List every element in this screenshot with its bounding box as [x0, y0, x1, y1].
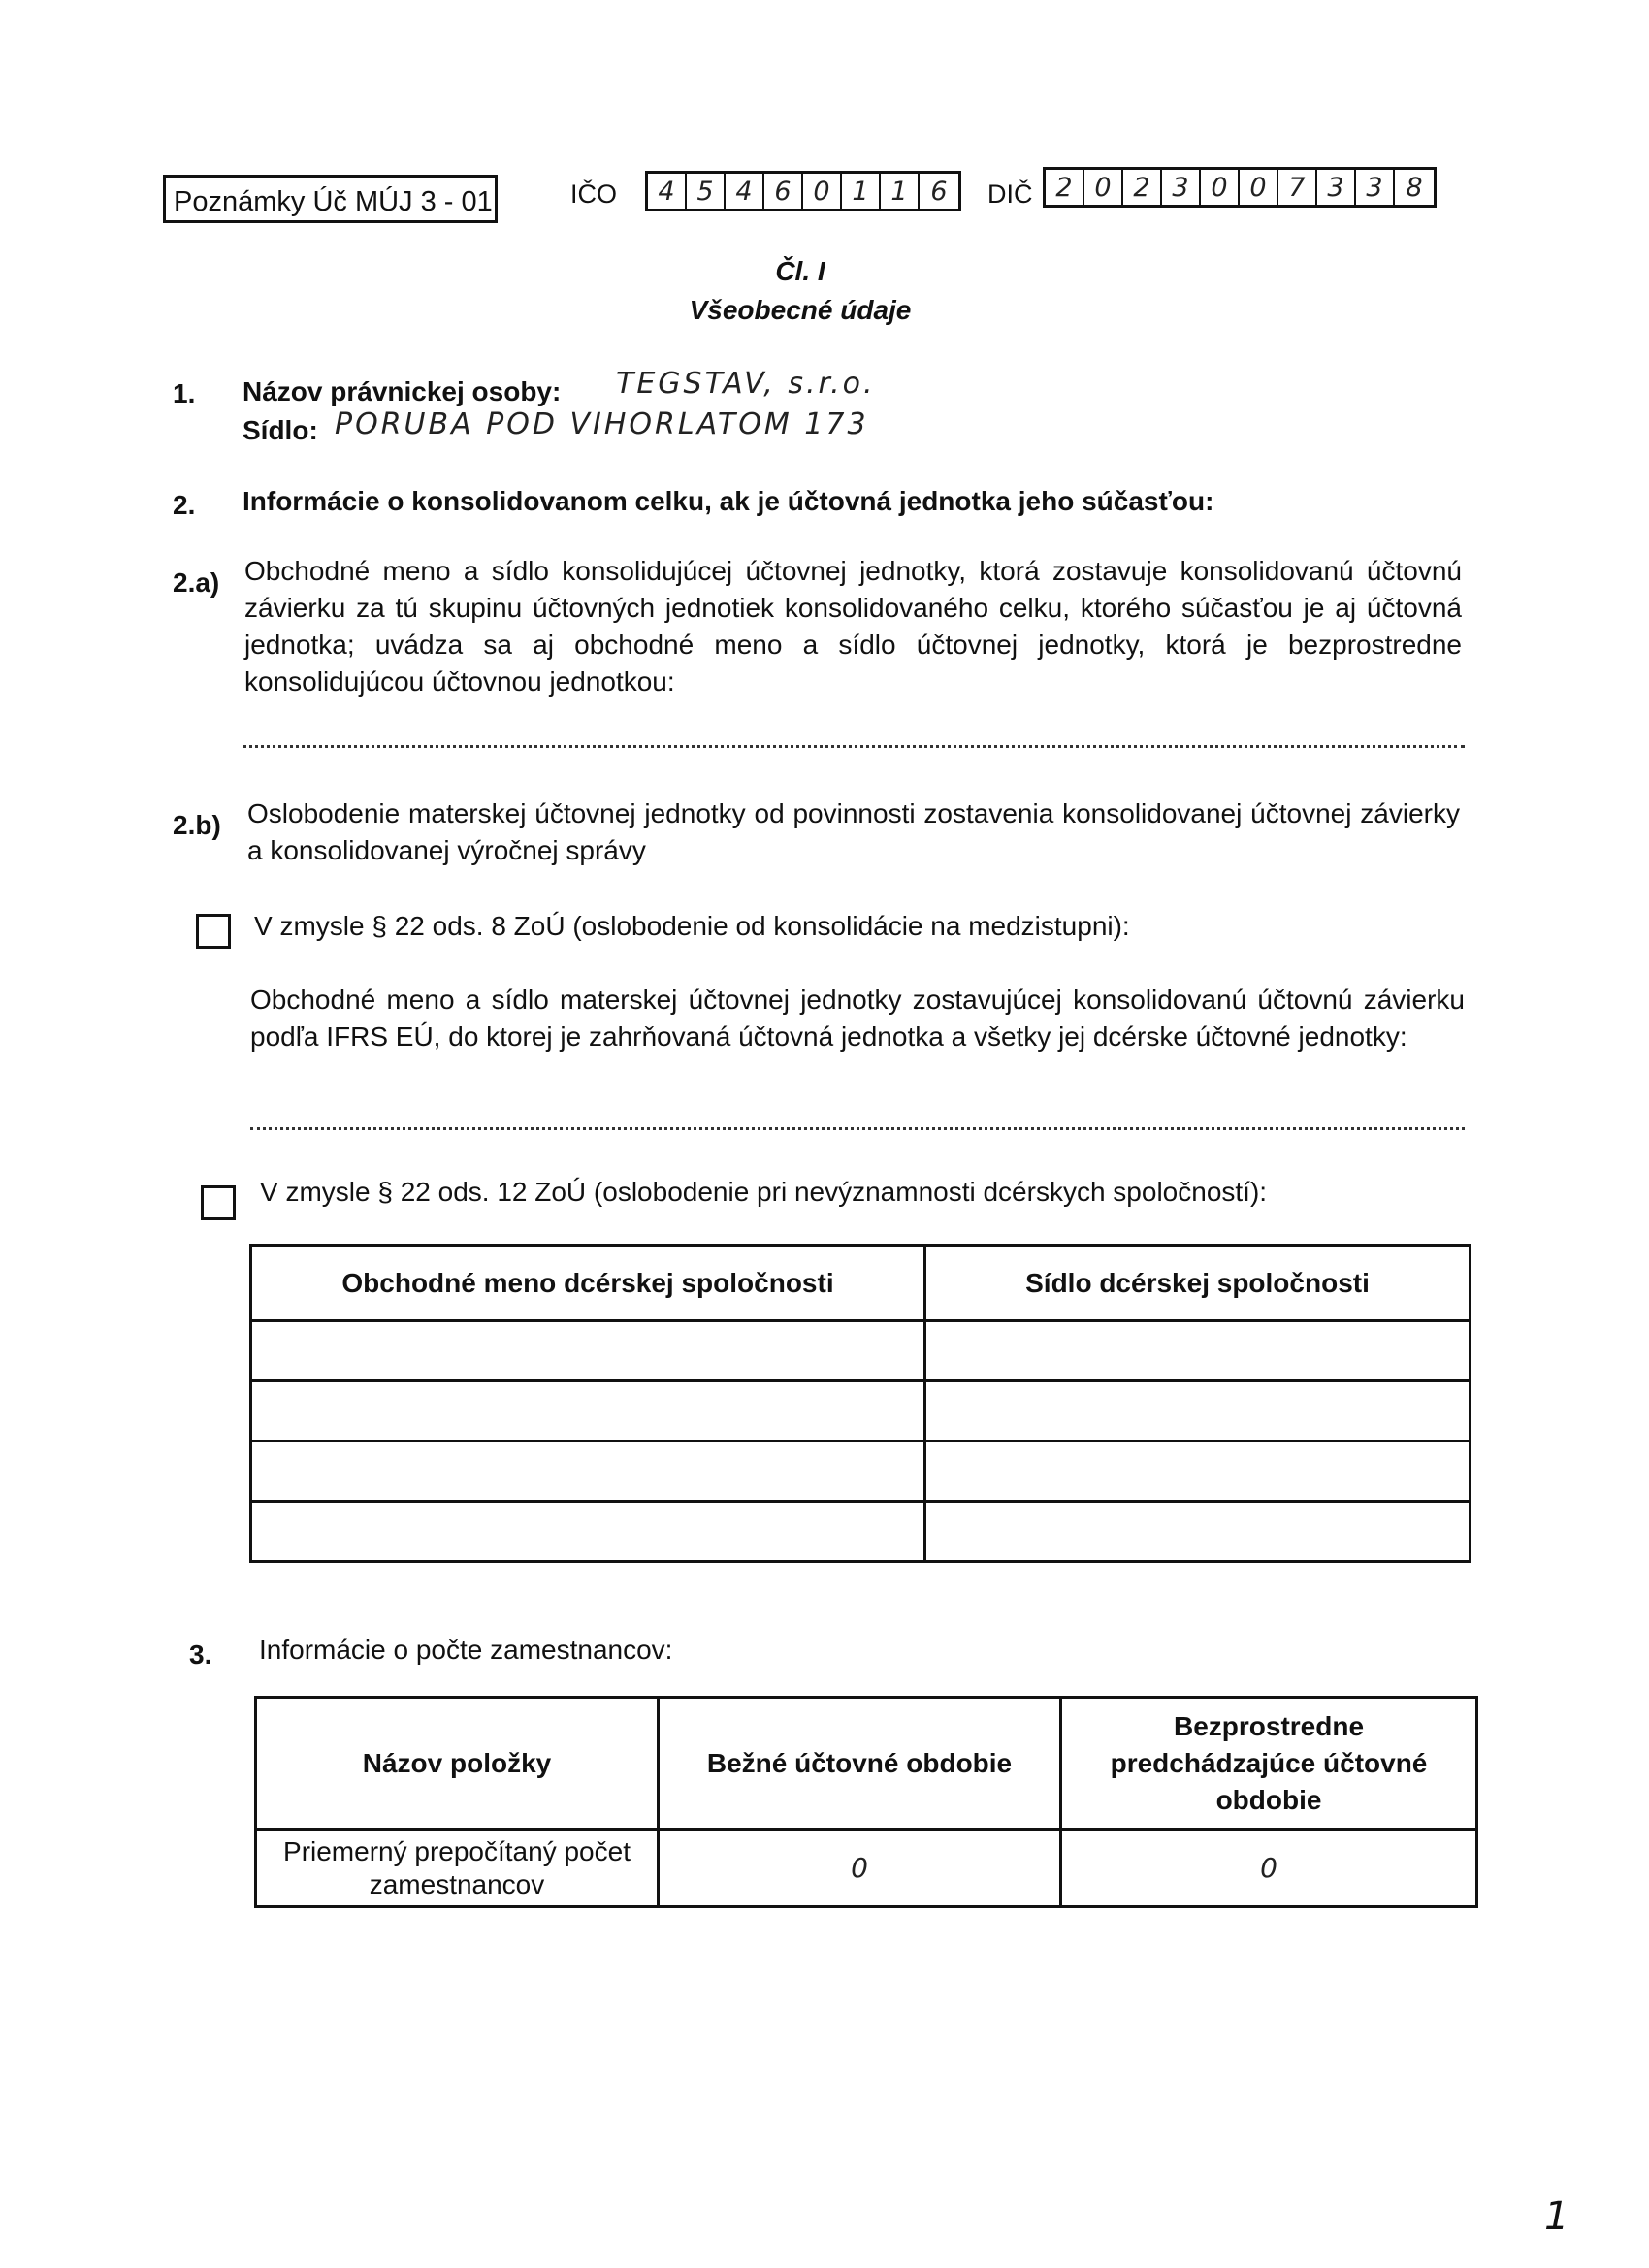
table-row	[251, 1381, 1471, 1442]
section2a-text: Obchodné meno a sídlo konsolidujúcej účt…	[244, 553, 1462, 700]
previous-period-value[interactable]: 0	[1061, 1830, 1477, 1907]
current-period-value[interactable]: 0	[659, 1830, 1061, 1907]
section2a-number: 2.a)	[173, 567, 219, 599]
article-number: Čl. I	[0, 256, 1625, 287]
dic-label: DIČ	[987, 175, 1033, 213]
section2b-number: 2.b)	[173, 810, 221, 841]
section2b-text: Oslobodenie materskej účtovnej jednotky …	[247, 795, 1460, 869]
previous-period-header: Bezprostredne predchádzajúce účtovné obd…	[1061, 1698, 1477, 1830]
ico-digit[interactable]: 6	[920, 174, 958, 209]
table-row: Priemerný prepočítaný počet zamestnancov…	[256, 1830, 1477, 1907]
section2a-answer-line[interactable]	[242, 745, 1465, 748]
ico-digit[interactable]: 4	[726, 174, 764, 209]
section3-heading: Informácie o počte zamestnancov:	[259, 1632, 672, 1669]
section2-number: 2.	[173, 490, 195, 521]
section2-heading: Informácie o konsolidovanom celku, ak je…	[242, 483, 1213, 520]
item-name-header: Názov položky	[256, 1698, 659, 1830]
ico-digit[interactable]: 1	[881, 174, 920, 209]
article-title: Všeobecné údaje	[0, 295, 1625, 326]
subsidiary-seat-cell[interactable]	[925, 1321, 1471, 1381]
option1-detail-text: Obchodné meno a sídlo materskej účtovnej…	[250, 982, 1465, 1055]
subsidiary-name-header: Obchodné meno dcérskej spoločnosti	[251, 1246, 925, 1321]
table-row	[251, 1321, 1471, 1381]
ico-digit[interactable]: 0	[803, 174, 842, 209]
ico-digit[interactable]: 5	[687, 174, 726, 209]
ico-label: IČO	[570, 175, 617, 213]
name-label: Názov právnickej osoby:	[242, 373, 561, 410]
dic-digit[interactable]: 0	[1201, 170, 1240, 205]
subsidiary-name-cell[interactable]	[251, 1502, 925, 1562]
subsidiary-name-cell[interactable]	[251, 1442, 925, 1502]
subsidiary-seat-header: Sídlo dcérskej spoločnosti	[925, 1246, 1471, 1321]
name-value[interactable]: TEGSTAV, s.r.o.	[616, 367, 876, 401]
dic-digit[interactable]: 3	[1162, 170, 1201, 205]
subsidiary-seat-cell[interactable]	[925, 1381, 1471, 1442]
section1-number: 1.	[173, 378, 195, 409]
current-period-header: Bežné účtovné obdobie	[659, 1698, 1061, 1830]
ico-digit[interactable]: 4	[648, 174, 687, 209]
seat-label: Sídlo:	[242, 412, 318, 449]
dic-digit[interactable]: 0	[1240, 170, 1278, 205]
dic-digit[interactable]: 0	[1084, 170, 1123, 205]
subsidiary-name-cell[interactable]	[251, 1321, 925, 1381]
ico-digit[interactable]: 6	[764, 174, 803, 209]
subsidiary-seat-cell[interactable]	[925, 1442, 1471, 1502]
option1-answer-line[interactable]	[250, 1127, 1465, 1130]
page-number: 1	[1544, 2194, 1568, 2239]
subsidiary-seat-cell[interactable]	[925, 1502, 1471, 1562]
dic-digit[interactable]: 2	[1046, 170, 1084, 205]
section3-number: 3.	[189, 1639, 211, 1670]
table-row	[251, 1502, 1471, 1562]
table-row	[251, 1442, 1471, 1502]
subsidiaries-table: Obchodné meno dcérskej spoločnosti Sídlo…	[249, 1244, 1471, 1563]
ico-digit[interactable]: 1	[842, 174, 881, 209]
option2-label: V zmysle § 22 ods. 12 ZoÚ (oslobodenie p…	[260, 1174, 1267, 1211]
option1-checkbox[interactable]	[196, 914, 231, 949]
seat-value[interactable]: PORUBA POD VIHORLATOM 173	[335, 407, 869, 441]
dic-field[interactable]: 2023007338	[1043, 167, 1437, 208]
employees-table: Názov položky Bežné účtovné obdobie Bezp…	[254, 1696, 1478, 1908]
dic-digit[interactable]: 3	[1317, 170, 1356, 205]
option2-checkbox[interactable]	[201, 1185, 236, 1220]
form-code: Poznámky Úč MÚJ 3 - 01	[163, 175, 498, 223]
dic-digit[interactable]: 7	[1278, 170, 1317, 205]
dic-digit[interactable]: 8	[1395, 170, 1434, 205]
dic-digit[interactable]: 2	[1123, 170, 1162, 205]
dic-digit[interactable]: 3	[1356, 170, 1395, 205]
option1-label: V zmysle § 22 ods. 8 ZoÚ (oslobodenie od…	[254, 908, 1130, 945]
subsidiary-name-cell[interactable]	[251, 1381, 925, 1442]
item-name-cell: Priemerný prepočítaný počet zamestnancov	[256, 1830, 659, 1907]
ico-field[interactable]: 45460116	[645, 171, 961, 211]
